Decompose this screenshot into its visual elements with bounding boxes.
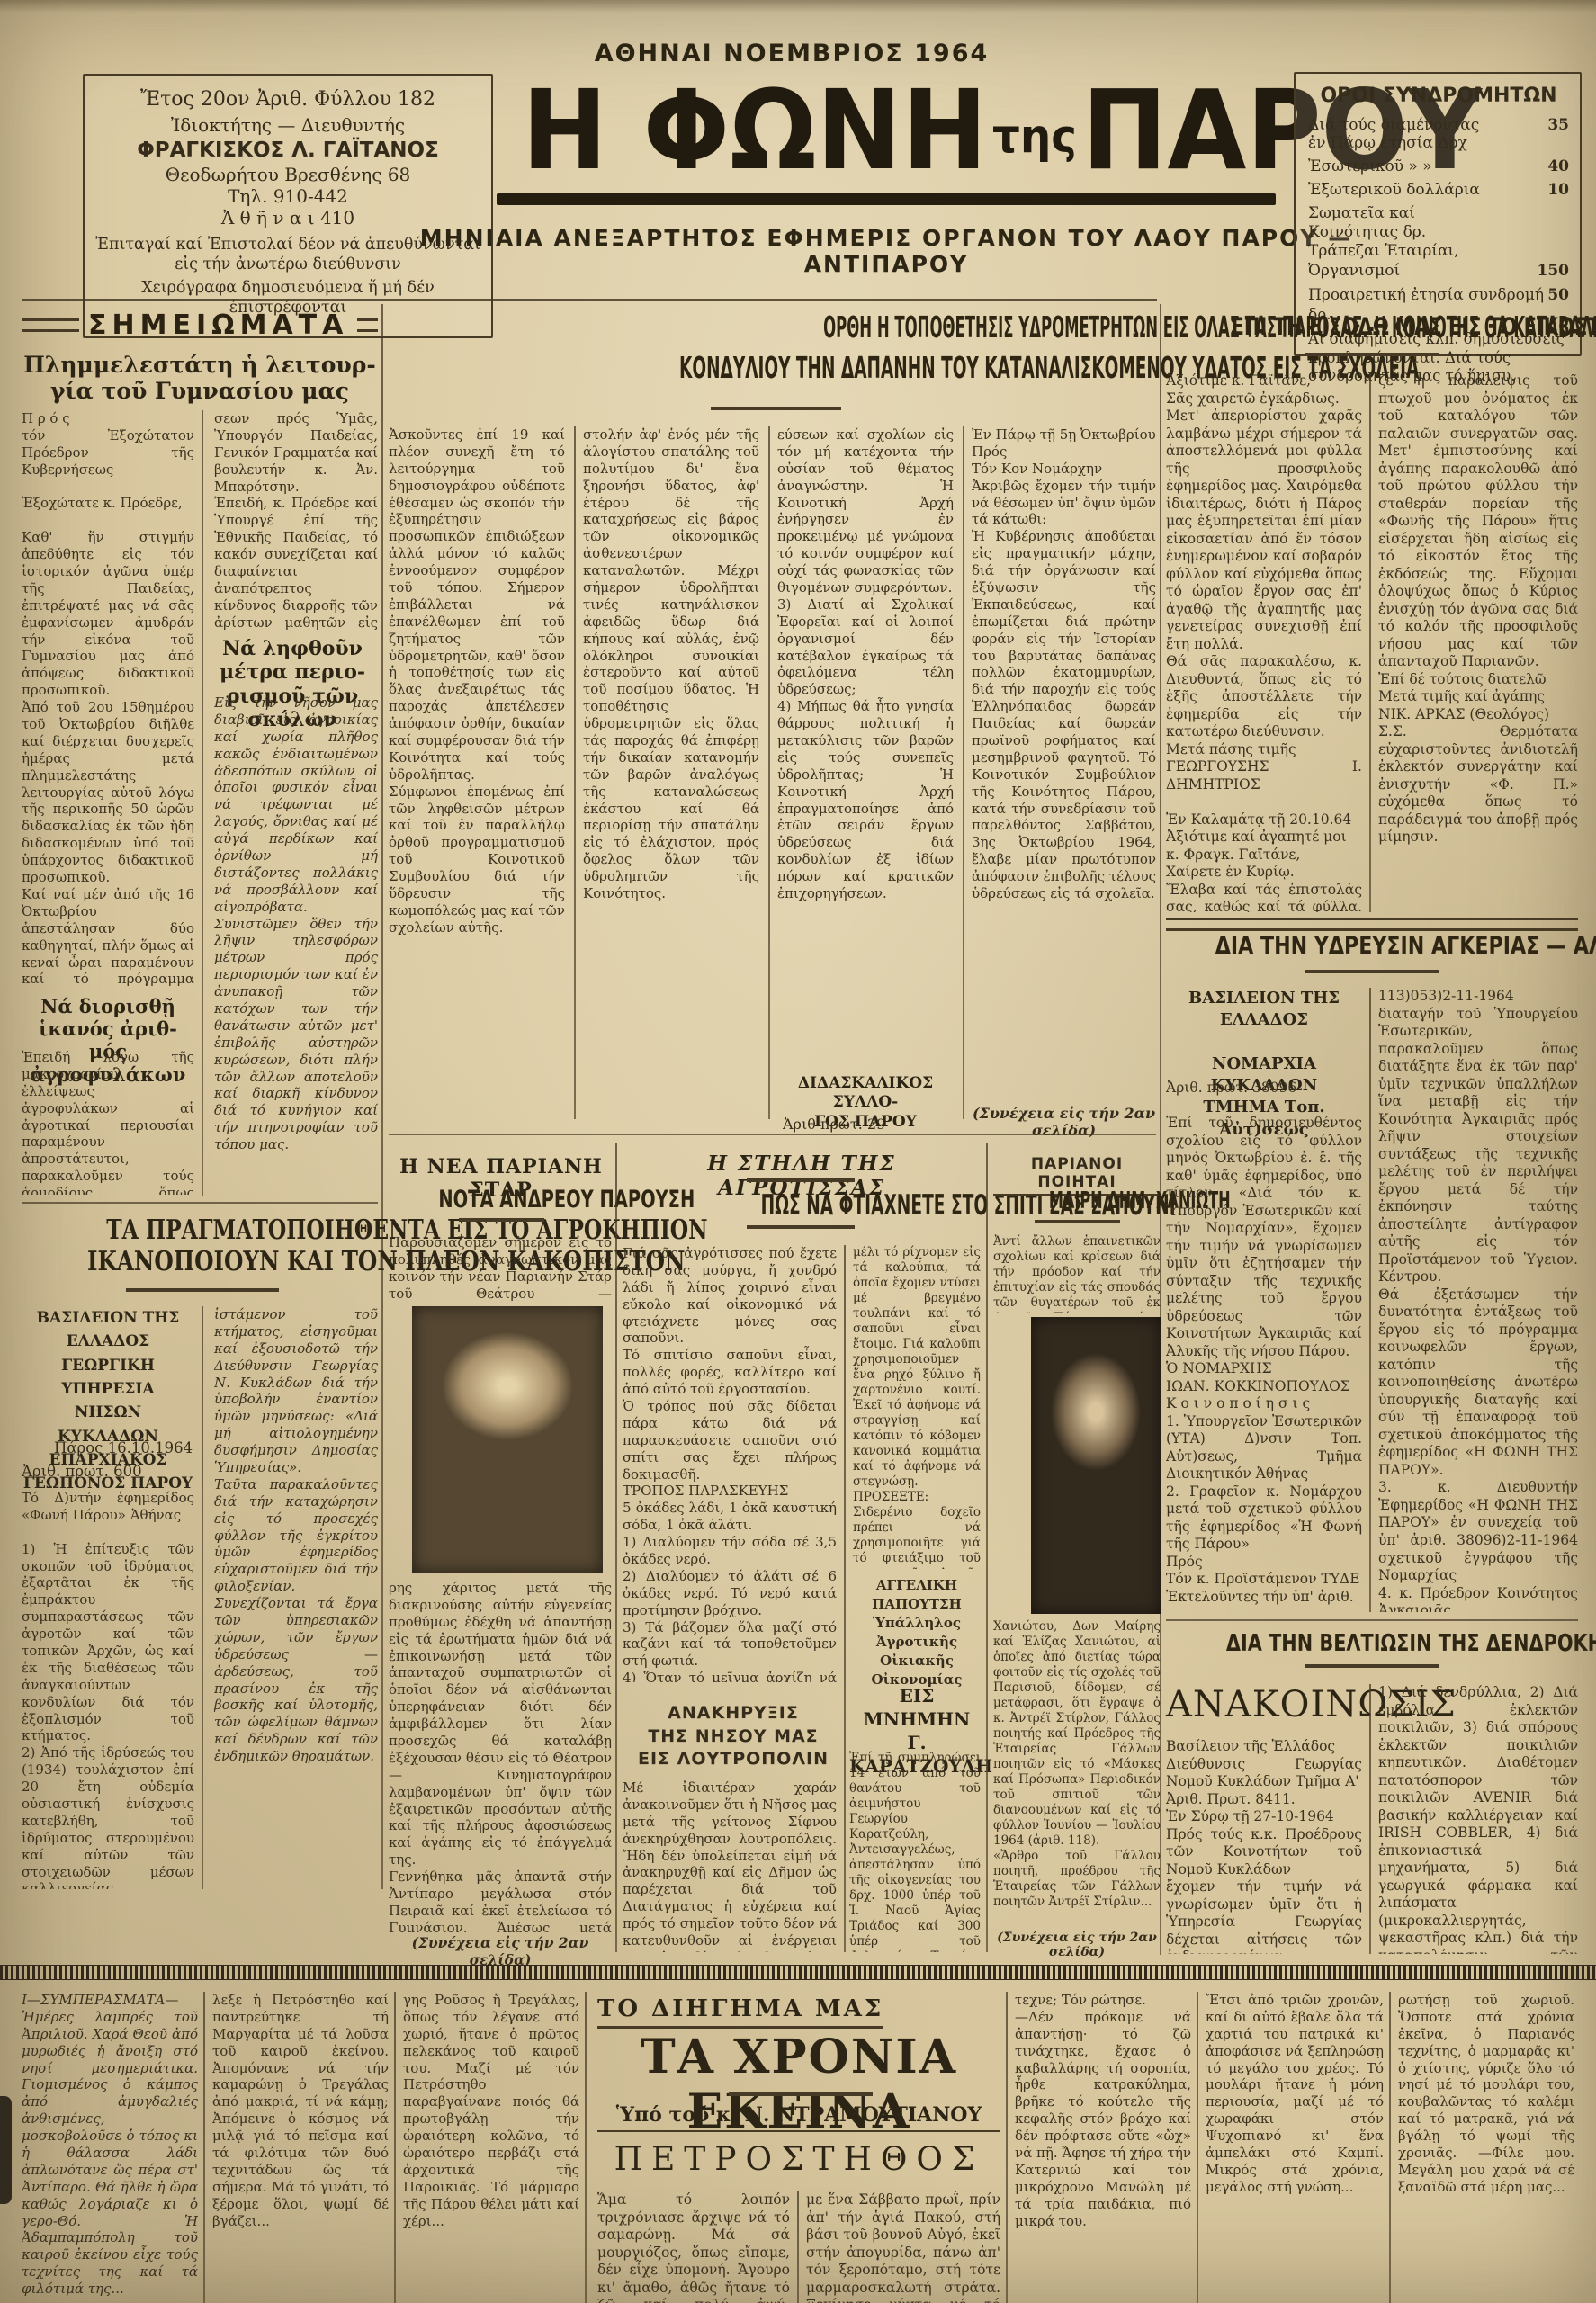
subs-row-label: Σωματεῖα καί Κοινότητας δρ. Τράπεζαι Ἑτα… <box>1308 204 1502 281</box>
announcement-col-2: 1) Διά δενδρύλλια, 2) Διά ἐμβόλια ἐκλεκτ… <box>1378 1684 1578 1954</box>
hydro-headline-text: ΔΙΑ ΤΗΝ ΥΔΡΕΥΣΙΝ ΑΓΚΕΡΙΑΣ — ΑΛΥΚΗΣ <box>1215 932 1596 960</box>
lead-col-4: Ἐν Πάρῳ τῇ 5ῃ Ὀκτωβρίου Πρός Τόν Κον Νομ… <box>972 426 1156 1098</box>
photo-nota-parousi <box>412 1306 603 1573</box>
soap-kicker-rule <box>747 1178 855 1182</box>
lead-headline-rule <box>711 407 841 410</box>
features-rule-2 <box>844 1245 846 1952</box>
announcement-inner-rule <box>1369 1684 1371 1954</box>
dendro-headline-text: ΔΙΑ ΤΗΝ ΒΕΛΤΙΩΣΙΝ ΤΗΣ ΔΕΝΔΡΟΚΗΠΕΥΤΙΚΗΣ <box>1226 1630 1596 1657</box>
subs-row-label: Ἐσωτερικοῦ » » <box>1308 157 1432 176</box>
subs-row-label: Ἐξωτερικοῦ δολλάρια <box>1308 180 1480 200</box>
lead-col-2: στολήν ἀφ' ἑνός μέν τῆς ἀλογίστου σπατάλ… <box>583 426 759 1071</box>
bottom-col-3: γης Ροῦσος ἤ Τρεγάλας, ὅπως τόν λέγανε σ… <box>403 1992 579 2303</box>
memorial-body: Ἐπί τῇ συμπληρώσει 14 ἐτῶν ἀπό τοῦ θανάτ… <box>849 1751 981 1952</box>
phone-line: Τηλ. 910-442 <box>94 185 482 207</box>
loutropolis-body: Μέ ἰδιαιτέραν χαράν ἀνακοινοῦμεν ὅτι ἡ Ν… <box>623 1779 837 1952</box>
poet-intro: Ἀντί ἄλλων ἐπαινετικῶν σχολίων καί κρίσε… <box>993 1234 1161 1313</box>
decorative-stripe-band <box>0 1965 1596 1980</box>
story-title-rule <box>729 2092 873 2096</box>
soap-headline-rule <box>747 1225 855 1229</box>
subs-row-value: 40 <box>1547 157 1569 176</box>
subs-row-label: Διά τούς διαμένοντας ἐν Πάρῳ ἐτησία Δρχ <box>1308 116 1497 153</box>
hydro-col-2: 113)053)2-11-1964 διαταγήν τοῦ Ὑπουργείο… <box>1378 988 1578 1612</box>
anniversary-rule <box>1305 353 1439 356</box>
story-col-1: Ἅμα τό λοιπόν τριχρόνιασε ἄρχιψε νά τό σ… <box>597 2191 790 2303</box>
agro-protocol-number: Ἀριθ. πρωτ. 600 <box>22 1463 175 1480</box>
story-kicker: ΤΟ ΔΙΗΓΗΜΑ ΜΑΣ <box>597 1995 883 2029</box>
announcement-title: ΑΝΑΚΟΙΝΩΣΙΣ <box>1166 1684 1362 1725</box>
subs-row: Διά τούς διαμένοντας ἐν Πάρῳ ἐτησία Δρχ … <box>1308 116 1569 153</box>
bottom-rule-5 <box>1197 1992 1198 2303</box>
star-body: ρης χάριτος μετά τῆς διακρινούσης αὐτήν … <box>389 1580 612 1932</box>
guards-article-body: Ἐπειδή λόγω τῆς μακροχρονίου ἐλλείψεως ἀ… <box>22 1049 194 1195</box>
anniversary-headline: ΕΠΙ ΤΗ ΕΙΣΟΔΩ ΜΑΣ ΕΙΣ ΤΟ ΕΙΚΟΣΤΟΝ ΕΤΟΣ <box>1166 313 1578 341</box>
anniversary-col-2: ζε ἡ παράλειψις τοῦ πτωχοῦ μου ὀνόματος … <box>1378 372 1578 912</box>
bottom-col-1: Ι—ΣΥΜΠΕΡΑΣΜΑΤΑ—Ἡμέρες λαμπρές τοῦ Ἀπριλι… <box>22 1992 198 2303</box>
anniversary-headline-text: ΕΠΙ ΤΗ ΕΙΣΟΔΩ ΜΑΣ ΕΙΣ ΤΟ ΕΙΚΟΣΤΟΝ ΕΤΟΣ <box>1232 313 1596 341</box>
announcement-col-1: Βασίλειον τῆς Ἑλλάδος Διεύθυνσις Γεωργία… <box>1166 1738 1362 1954</box>
soap-signature: ΑΓΓΕΛΙΚΗ ΠΑΠΟΥΤΣΗ Ὑπάλληλος Ἀγροτικῆς Οἰ… <box>849 1576 984 1689</box>
bottom-col-5: Ἔτσι ἀπό τριῶν χρονῶν, καί δι αὐτό ἔβαλε… <box>1206 1992 1384 2303</box>
features-divider <box>389 1134 1156 1135</box>
double-rule-right <box>357 318 378 332</box>
notes-header-label: ΣΗΜΕΙΩΜΑΤΑ <box>88 309 348 341</box>
subs-row-value: 10 <box>1547 180 1569 200</box>
bottom-rule-4 <box>1006 1992 1008 2303</box>
double-rule-left <box>22 318 79 332</box>
scan-ink-blot <box>0 2096 12 2204</box>
story-byline: Ὑπό τοῦ κ. Ν. ΝΤΡΑΜΟΥΤΙΑΝΟΥ <box>597 2103 1000 2132</box>
subs-row: Ἐξωτερικοῦ δολλάρια 10 <box>1308 180 1569 200</box>
masthead-title: Η ΦΩΝΗτηςΠΑΡΟΥ <box>486 76 1281 185</box>
story-inner-rule <box>797 2191 799 2303</box>
gymnasium-article-col2: σεων πρός Ὑμᾶς, Ὑπουργόν Παιδείας, Γενικ… <box>214 410 378 630</box>
masthead-subtitle: ΜΗΝΙΑΙΑ ΑΝΕΞΑΡΤΗΤΟΣ ΕΦΗΜΕΡΙΣ ΟΡΓΑΝΟΝ ΤΟΥ… <box>396 225 1376 277</box>
soap-col-1: Γιά σᾶς ἀγρότισσες πού ἔχετε δική σας μο… <box>623 1245 837 1682</box>
anniversary-col-1: Ἀξιότιμε κ. Γαϊτάνε, Σᾶς χαιρετῶ ἐγκάρδι… <box>1166 372 1362 912</box>
dendro-headline-rule <box>1305 1664 1439 1668</box>
subs-row-value: 35 <box>1547 116 1569 153</box>
bottom-rule-3 <box>585 1992 587 2303</box>
agro-body-col2: ἱστάμενον τοῦ κτήματος, εἰσηγοῦμαι καί ἐ… <box>214 1306 378 1889</box>
poet-heading-rule <box>1035 1220 1120 1223</box>
title-part-mid: της <box>992 110 1077 164</box>
lead-col-3: εύσεων καί σχολίων εἰς τόν μή κατέχοντα … <box>777 426 954 1071</box>
poet-body: Χανιώτου, Δων Μαίρης καί Ἐλίζας Χανιώτου… <box>993 1619 1161 1925</box>
scan-edge-shadow <box>0 0 1596 13</box>
loutropolis-title: ΑΝΑΚΗΡΥΞΙΣ ΤΗΣ ΝΗΣΟΥ ΜΑΣ ΕΙΣ ΛΟΥΤΡΟΠΟΛΙΝ <box>630 1702 837 1771</box>
teachers-association-number: Ἀριθ πρωτ. 29 <box>783 1116 954 1133</box>
column-rule-left-zone <box>381 304 383 1889</box>
star-continuation-note: (Συνέχεια εἰς τήν 2αν σελίδα) <box>389 1934 612 1968</box>
owner-name: ΦΡΑΓΚΙΣΚΟΣ Λ. ΓΑΪΤΑΝΟΣ <box>94 139 482 162</box>
owner-label: Ἰδιοκτήτης — Διευθυντής <box>94 114 482 136</box>
bottom-col-4: τεχνε; Τόν ρώτησε. —Δέν πρόκαμε νά ἀπαντ… <box>1015 1992 1191 2303</box>
hydro-headline: ΔΙΑ ΤΗΝ ΥΔΡΕΥΣΙΝ ΑΓΚΕΡΙΑΣ — ΑΛΥΚΗΣ <box>1166 932 1578 960</box>
notes-inner-rule <box>202 410 203 1196</box>
masthead-underline-bar <box>497 193 1276 205</box>
subscription-title: ΟΡΟΙ ΣΥΝΔΡΟΜΗΤΩΝ <box>1308 85 1569 107</box>
bottom-rule-1 <box>203 1992 205 2303</box>
bottom-col-6: ρωτήσῃ τοῦ χωριοῦ. Ὅσποτε στά χρόνια ἐκε… <box>1398 1992 1574 2303</box>
newspaper-front-page: Ἔτος 20ον Ἀριθ. Φύλλου 182 Ἰδιοκτήτης — … <box>0 0 1596 2303</box>
story-col-2: με ἕνα Σάββατο πρωΐ, πρίν ἀπ' τήν ἁγιά Π… <box>806 2191 1000 2303</box>
bottom-rule-2 <box>394 1992 396 2303</box>
story-subtitle: ΠΕΤΡΟΣΤΗΘΟΣ <box>597 2141 1000 2178</box>
agro-inner-rule <box>202 1306 203 1889</box>
notes-section-header: ΣΗΜΕΙΩΜΑΤΑ <box>22 309 378 341</box>
hydro-inner-rule <box>1369 988 1371 1612</box>
soap-headline: ΠΩΣ ΝΑ ΦΤΙΑΧΝΕΤΕ ΣΤΟ ΣΠΙΤΙ ΣΑΣ ΣΑΠΟΥΝΙ <box>623 1189 981 1222</box>
title-part-a: Η ΦΩΝΗ <box>522 67 987 194</box>
lead-rule-2 <box>768 426 770 1119</box>
star-heading-rule <box>459 1218 544 1222</box>
features-rule-1 <box>615 1143 617 1952</box>
lead-col-1: Ἀσκοῦντες ἐπί 19 καί πλέον συνεχῆ ἔτη τό… <box>389 426 565 1071</box>
photo-mairi-chanioti <box>1031 1317 1161 1614</box>
agro-headline: ΤΑ ΠΡΑΓΜΑΤΟΠΟΙΗΘΕΝΤΑ ΕΙΣ ΤΟ ΑΓΡΟΚΗΠΙΟΝ Ι… <box>22 1214 381 1277</box>
address-line: Θεοδωρήτου Βρεσθένης 68 <box>94 164 482 185</box>
dendro-headline: ΔΙΑ ΤΗΝ ΒΕΛΤΙΩΣΙΝ ΤΗΣ ΔΕΝΔΡΟΚΗΠΕΥΤΙΚΗΣ <box>1166 1630 1578 1657</box>
soap-col-2: μέλι τό ρίχνομεν εἰς τά καλούπια, τά ὁπο… <box>853 1245 981 1569</box>
lead-headline: ΟΡΘΗ Η ΤΟΠΟΘΕΤΗΣΙΣ ΥΔΡΟΜΕΤΡΗΤΩΝ ΕΙΣ ΟΛΑΣ… <box>389 309 1156 385</box>
lead-rule-3 <box>963 426 964 1119</box>
bottom-col-2: λεξε ἡ Πετρόστηθο καί παντρεύτηκε τή Μαρ… <box>212 1992 389 2303</box>
star-name-heading: ΝΟΤΑ ΑΝΔΡΕΟΥ ΠΑΡΟΥΣΗ <box>389 1186 614 1214</box>
agro-headline-rule <box>126 1288 279 1292</box>
hydro-headline-rule <box>1305 970 1439 973</box>
dateline: ΑΘΗΝΑΙ ΝΟΕΜΒΡΙΟΣ 1964 <box>540 40 1044 67</box>
poet-continuation-note: (Συνέχεια εἰς τήν 2αν σελίδα) <box>993 1931 1161 1959</box>
gymnasium-article-col1: Π ρ ό ς τόν Ἐξοχώτατον Πρόεδρον τῆς Κυβε… <box>22 410 194 988</box>
anniversary-inner-rule <box>1369 372 1371 912</box>
dendro-top-rule <box>1166 1619 1578 1621</box>
poet-name-heading: ΜΑΙΡΗ ΔΗΜ. ΧΑΝΙΩΤΗ <box>993 1187 1161 1214</box>
hydro-top-rule <box>1166 918 1578 931</box>
hydro-col-1: Ἀριθ. πρωτ. 38096 Ἐπί τοῦ δημοσιευθέντος… <box>1166 1080 1362 1612</box>
features-rule-3 <box>986 1143 988 1952</box>
gymnasium-article-title: Πλημμελεστάτη ἡ λειτουρ- γία τοῦ Γυμνασί… <box>22 353 378 405</box>
agro-date: Πάρος 16.10.1964 <box>54 1439 198 1456</box>
subs-row: Ἐσωτερικοῦ » » 40 <box>1308 157 1569 176</box>
star-intro: Παρουσιάζομεν σήμερον εἰς τό πολυπληθές … <box>389 1234 612 1303</box>
masthead-rule <box>22 299 1157 301</box>
subs-row: Σωματεῖα καί Κοινότητας δρ. Τράπεζαι Ἑτα… <box>1308 204 1569 281</box>
agro-body-col1: Τό Δ)ντήν ἐφημερίδος «Φωνή Πάρου» Ἀθήνας… <box>22 1490 194 1889</box>
left-zone-divider <box>22 1202 378 1204</box>
lead-rule-1 <box>574 426 576 1119</box>
bottom-rule-6 <box>1389 1992 1391 2303</box>
dogs-article-body: Εἰς τήν νῆσον μας διαβιοῖ εἰς ἀγροικίας … <box>214 694 378 1195</box>
issue-number-line: Ἔτος 20ον Ἀριθ. Φύλλου 182 <box>94 88 482 111</box>
subs-row-value: 150 <box>1538 262 1570 281</box>
